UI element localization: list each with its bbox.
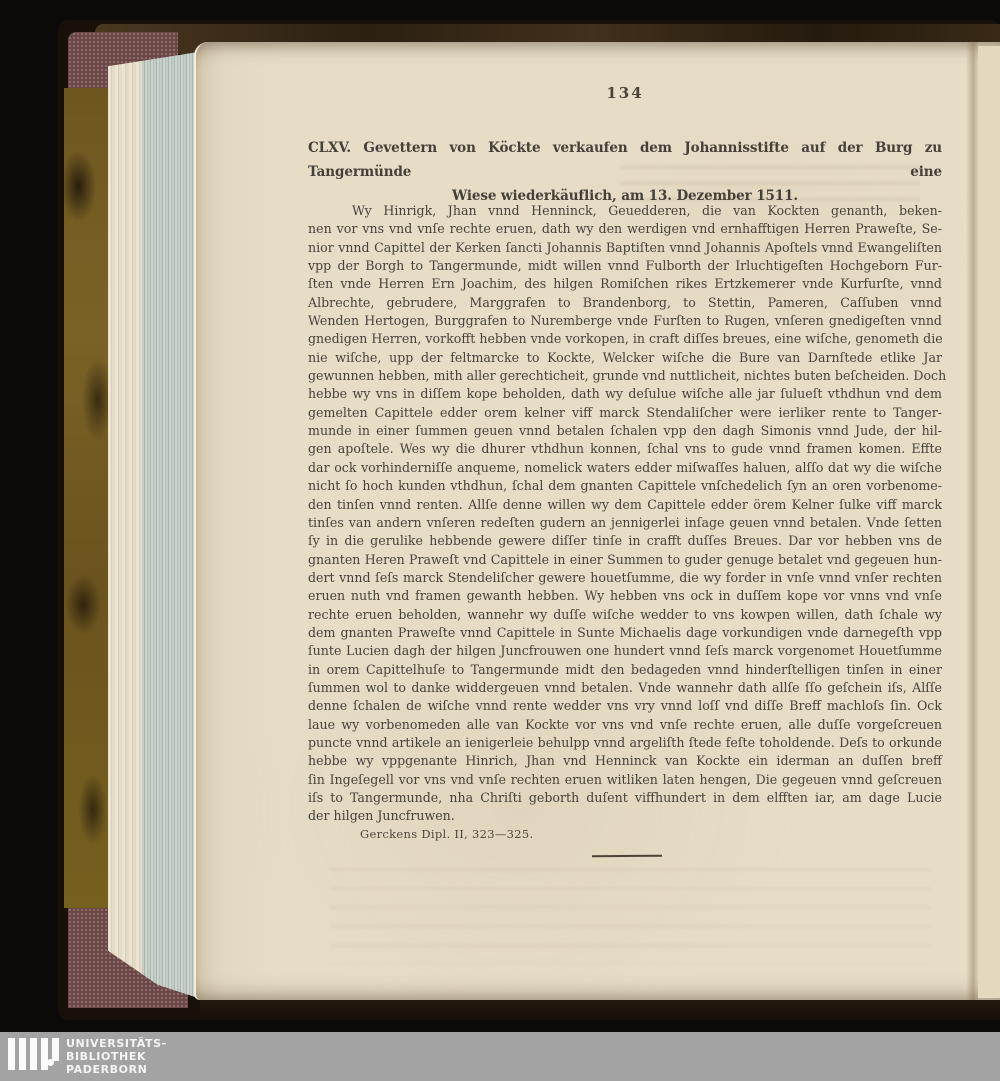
body-line: gewunnen hebben, mith aller gerechtichei…: [308, 367, 942, 385]
logo-bar-exclamation: [52, 1038, 59, 1061]
body-line: ſten vnde Herren Ern Joachim, des hilgen…: [308, 275, 942, 293]
heading-line-1: CLXV. Gevettern von Köckte verkaufen dem…: [308, 136, 942, 184]
body-line: denne ſchalen de wiſche vnnd rente wedde…: [308, 697, 942, 715]
body-line: nicht ſo hoch kunden vthdhun, ſchal dem …: [308, 477, 942, 495]
body-line: iſs to Tangermunde, nha Chriſti geborth …: [308, 789, 942, 807]
logo-exclamation-dot: [47, 1059, 54, 1066]
body-line: gnedigen Herren, vorkofft hebben vnde vo…: [308, 330, 942, 348]
ub-paderborn-logo-icon: [8, 1038, 59, 1076]
body-line: Albrechte, gebrudere, Marggrafen to Bran…: [308, 294, 942, 312]
logo-bar: [30, 1038, 37, 1070]
body-line: hebbe wy vns in diſſem kope beholden, da…: [308, 385, 942, 403]
body-line: ſummen wol to danke widdergeuen vnnd bet…: [308, 679, 942, 697]
marbled-endpaper-edge: [64, 88, 112, 908]
document-heading: CLXV. Gevettern von Köckte verkaufen dem…: [308, 136, 942, 208]
library-name-line3: PADERBORN: [66, 1063, 167, 1076]
library-name-line2: BIBLIOTHEK: [66, 1050, 167, 1063]
logo-bar: [41, 1038, 48, 1070]
library-name: UNIVERSITÄTS- BIBLIOTHEK PADERBORN: [66, 1037, 167, 1076]
body-line: ſunte Lucien dagh der hilgen Juncfrouwen…: [308, 642, 942, 660]
library-name-line1: UNIVERSITÄTS-: [66, 1037, 167, 1050]
scanned-book-photo: 134 CLXV. Gevettern von Köckte verkaufen…: [0, 0, 1000, 1081]
body-line: Wenden Hertogen, Burggrafen to Nuremberg…: [308, 312, 942, 330]
page-gutter-crease: [966, 42, 978, 1000]
body-line: nie wiſche, upp der feltmarcke to Kockte…: [308, 349, 942, 367]
body-line: tinſes van andern vnſeren redeſten guder…: [308, 514, 942, 532]
body-line: den tinſen vnnd renten. Allſe denne will…: [308, 496, 942, 514]
body-line: hebbe wy vppgenante Hinrich, Jhan vnd He…: [308, 752, 942, 770]
logo-bar: [19, 1038, 26, 1070]
body-line: rechte eruen beholden, wannehr wy duſſe …: [308, 606, 942, 624]
body-line: ſy in die gerulike hebbende gewere diſſe…: [308, 532, 942, 550]
body-line: gemelten Capittele edder orem kelner vif…: [308, 404, 942, 422]
library-watermark-band: UNIVERSITÄTS- BIBLIOTHEK PADERBORN: [0, 1032, 1000, 1081]
body-line: puncte vnnd artikele an ienigerleie behu…: [308, 734, 942, 752]
body-line: munde in einer ſummen geuen vnnd betalen…: [308, 422, 942, 440]
source-citation: Gerckens Dipl. II, 323—325.: [360, 827, 533, 841]
body-text: Wy Hinrigk, Jhan vnnd Henninck, Geuedder…: [308, 202, 942, 826]
body-line: dem gnanten Praweſte vnnd Capittele in S…: [308, 624, 942, 642]
body-line: ſin Ingeſegell vor vns vnd vnſe rechten …: [308, 771, 942, 789]
body-line: nen vor vns vnd vnſe rechte eruen, dath …: [308, 220, 942, 238]
page-number: 134: [310, 84, 940, 102]
body-line: gen apoſtele. Wes wy die dhurer vthdhun …: [308, 440, 942, 458]
body-line: dert vnnd ſeſs marck Stendeliſcher gewer…: [308, 569, 942, 587]
next-page-edge: [978, 46, 1000, 998]
body-line: dar ock vorhinderniſſe anqueme, nomelick…: [308, 459, 942, 477]
body-line: der hilgen Juncfruwen.: [308, 807, 942, 825]
logo-bar: [8, 1038, 15, 1070]
body-line: laue wy vorbenomeden alle van Kockte vor…: [308, 716, 942, 734]
page-edges-cream: [108, 52, 142, 998]
body-line: eruen nuth vnd framen gewanth hebben. Wy…: [308, 587, 942, 605]
page-edges-blue: [142, 52, 198, 998]
page-edge-stack: [108, 52, 198, 998]
body-line: nior vnnd Capittel der Kerken ſancti Joh…: [308, 239, 942, 257]
body-line: Wy Hinrigk, Jhan vnnd Henninck, Geuedder…: [308, 202, 942, 220]
body-line: gnanten Heren Praweſt vnd Capittele in e…: [308, 551, 942, 569]
body-line: vpp der Borgh to Tangermunde, midt wille…: [308, 257, 942, 275]
body-line: in orem Capittelhuſe to Tangermunde midt…: [308, 661, 942, 679]
